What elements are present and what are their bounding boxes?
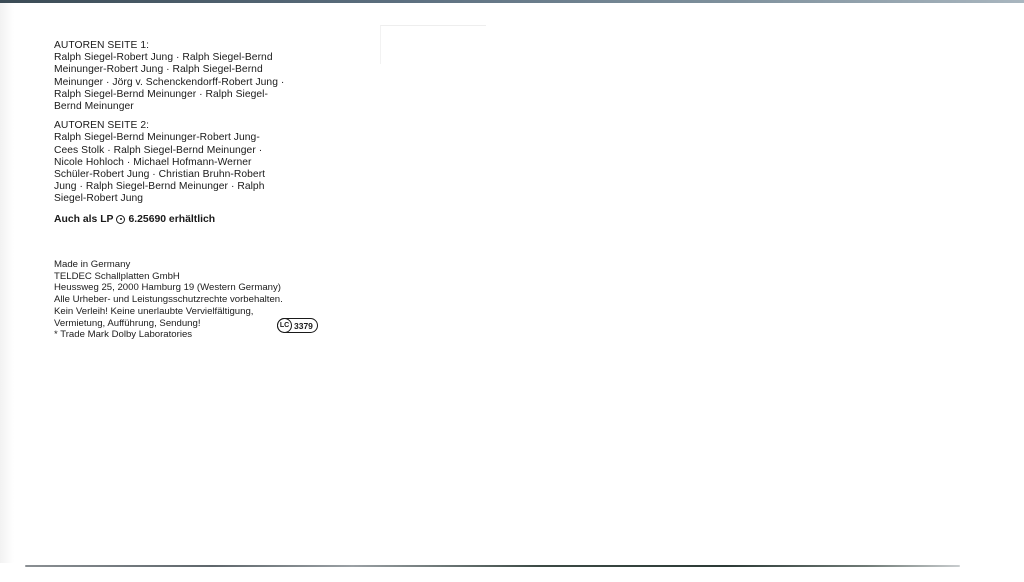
card-bottom-edge xyxy=(25,565,960,567)
imprint-line: Kein Verleih! Keine unerlaubte Vervielfä… xyxy=(54,306,344,318)
authors-line: Cees Stolk · Ralph Siegel-Bernd Meinunge… xyxy=(54,145,344,157)
authors-line: Jung · Ralph Siegel-Bernd Meinunger · Ra… xyxy=(54,181,344,193)
authors-side-1: AUTOREN SEITE 1: Ralph Siegel-Robert Jun… xyxy=(54,40,344,113)
show-through-mark xyxy=(380,25,486,64)
authors-line: Schüler-Robert Jung · Christian Bruhn-Ro… xyxy=(54,169,344,181)
lp-availability-prefix: Auch als LP xyxy=(54,213,113,226)
imprint-line: Alle Urheber- und Leistungsschutzrechte … xyxy=(54,294,344,306)
authors-line: Meinunger · Jörg v. Schenckendorff-Rober… xyxy=(54,77,344,89)
lp-availability-note: Auch als LP 6.25690 erhältlich xyxy=(54,213,344,226)
authors-line: Ralph Siegel-Robert Jung · Ralph Siegel-… xyxy=(54,52,344,64)
label-code-badge: LC 3379 xyxy=(277,318,318,333)
imprint-line: TELDEC Schallplatten GmbH xyxy=(54,271,344,283)
authors-line: Bernd Meinunger xyxy=(54,101,344,113)
authors-line: Siegel-Robert Jung xyxy=(54,193,344,205)
authors-line: Nicole Hohloch · Michael Hofmann-Werner xyxy=(54,157,344,169)
imprint-line: Made in Germany xyxy=(54,259,344,271)
label-code-prefix: LC xyxy=(277,318,292,333)
lp-availability-catalog: 6.25690 erhältlich xyxy=(128,213,215,226)
authors-side-1-heading: AUTOREN SEITE 1: xyxy=(54,40,344,52)
card-top-edge xyxy=(0,0,1024,3)
authors-line: Ralph Siegel-Bernd Meinunger-Robert Jung… xyxy=(54,132,344,144)
authors-line: Meinunger-Robert Jung · Ralph Siegel-Ber… xyxy=(54,64,344,76)
imprint-line: Heussweg 25, 2000 Hamburg 19 (Western Ge… xyxy=(54,282,344,294)
credits-panel: AUTOREN SEITE 1: Ralph Siegel-Robert Jun… xyxy=(54,40,344,226)
disc-icon xyxy=(116,215,125,224)
card-left-shadow xyxy=(0,3,14,563)
authors-side-2-heading: AUTOREN SEITE 2: xyxy=(54,120,344,132)
authors-side-2: AUTOREN SEITE 2: Ralph Siegel-Bernd Mein… xyxy=(54,120,344,205)
authors-line: Ralph Siegel-Bernd Meinunger · Ralph Sie… xyxy=(54,89,344,101)
label-code-number: 3379 xyxy=(294,321,313,331)
